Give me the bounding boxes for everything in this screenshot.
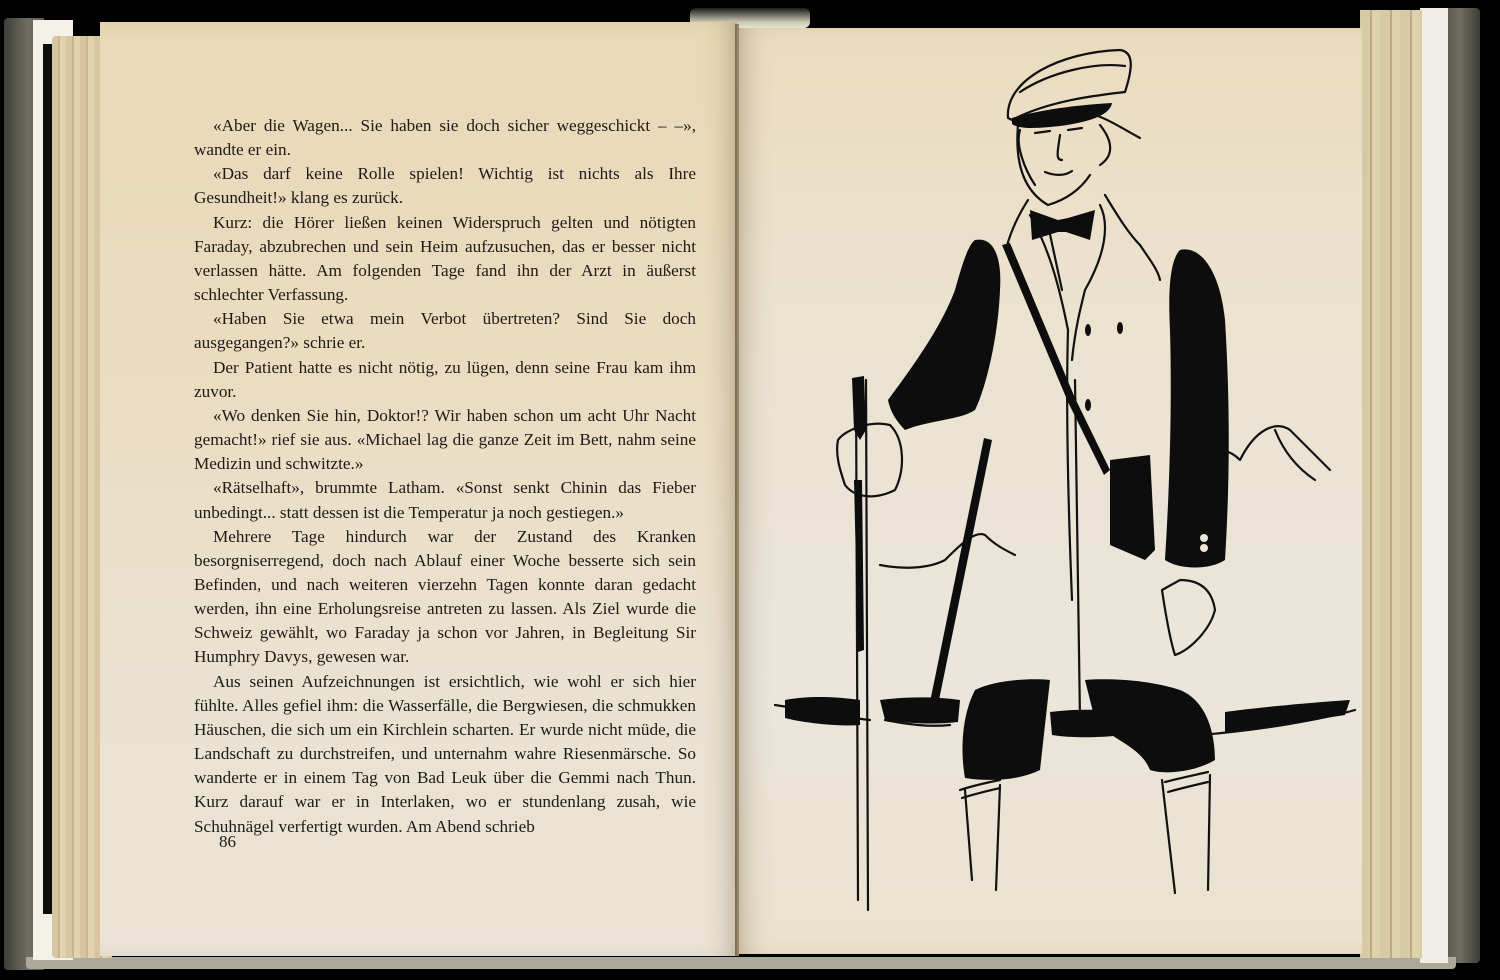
body-text: «Aber die Wagen... Sie haben sie doch si… — [194, 114, 696, 839]
paragraph: «Haben Sie etwa mein Verbot übertreten? … — [194, 307, 696, 355]
paragraph: «Rätselhaft», brummte Latham. «Sonst sen… — [194, 476, 696, 524]
paragraph: Kurz: die Hörer ließen keinen Widerspruc… — [194, 211, 696, 308]
paragraph: «Wo denken Sie hin, Doktor!? Wir haben s… — [194, 404, 696, 476]
page-number: 86 — [219, 832, 236, 852]
paragraph: Aus seinen Aufzeichnungen ist ersichtlic… — [194, 670, 696, 839]
book-cover-bottom — [26, 957, 1456, 969]
paragraph: Mehrere Tage hindurch war der Zustand de… — [194, 525, 696, 670]
book-cover-right — [1446, 8, 1480, 963]
endpaper-right — [1420, 8, 1448, 963]
gutter — [735, 24, 739, 956]
hiker-illustration — [770, 40, 1360, 920]
paragraph: «Aber die Wagen... Sie haben sie doch si… — [194, 114, 696, 162]
page-stack-right — [1360, 10, 1422, 958]
paragraph: Der Patient hatte es nicht nötig, zu lüg… — [194, 356, 696, 404]
paragraph: «Das darf keine Rolle spielen! Wichtig i… — [194, 162, 696, 210]
